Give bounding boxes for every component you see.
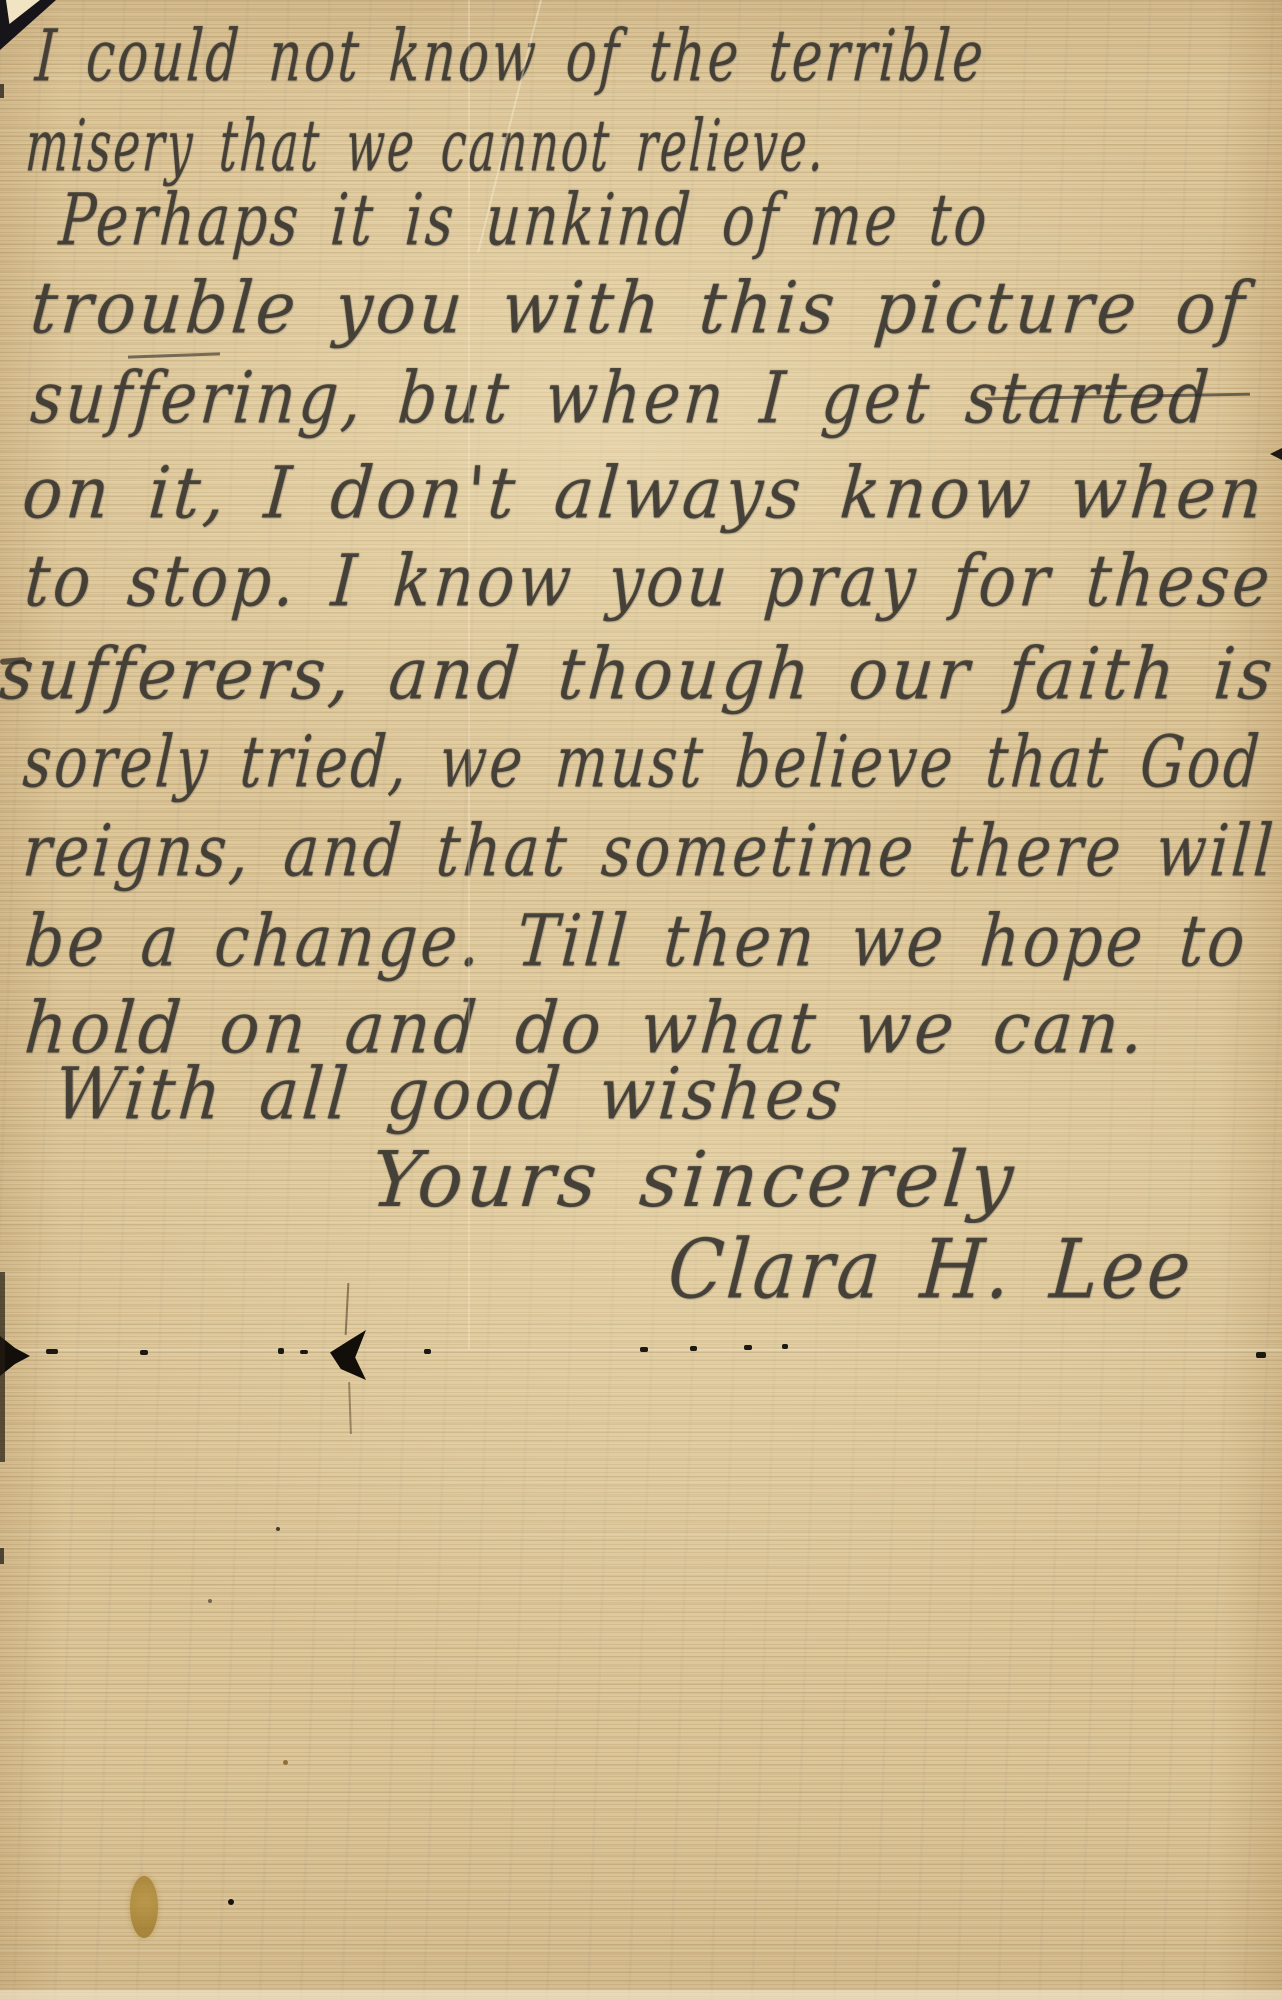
handwritten-line: I could not know of the terrible xyxy=(33,18,988,97)
scan-edge-artifact xyxy=(0,1990,1282,2000)
handwritten-line: to stop. I know you pray for these xyxy=(22,543,1276,622)
handwritten-line: misery that we cannot relieve. xyxy=(24,108,828,187)
handwritten-line: sorely tried, we must believe that God xyxy=(21,724,1265,803)
signature: Clara H. Lee xyxy=(665,1226,1197,1316)
edge-nick-artifact xyxy=(0,84,4,98)
scan-edge-artifact xyxy=(0,1272,5,1462)
crease-nick-artifact xyxy=(782,1344,788,1349)
vertical-fold-crease xyxy=(468,0,470,1350)
crease-nick-artifact xyxy=(140,1350,148,1355)
crease-nick-artifact xyxy=(1256,1352,1266,1358)
closing-line: With all good wishes xyxy=(52,1056,848,1135)
handwritten-line: sufferers, and though our faith is xyxy=(0,636,1279,715)
speck-artifact xyxy=(276,1527,280,1531)
crease-nick-artifact xyxy=(300,1350,308,1354)
crease-nick-artifact xyxy=(46,1349,58,1354)
handwritten-line: on it, I don't always know when xyxy=(20,455,1269,534)
crease-nick-artifact xyxy=(278,1348,284,1354)
crease-nick-artifact xyxy=(690,1346,697,1351)
speck-artifact xyxy=(228,1899,234,1905)
handwritten-line: be a change. Till then we hope to xyxy=(22,903,1251,982)
handwritten-line: Perhaps it is unkind of me to xyxy=(57,182,992,261)
crease-nick-artifact xyxy=(744,1345,752,1350)
ink-stain-artifact xyxy=(130,1876,158,1938)
crease-nick-artifact xyxy=(424,1349,431,1354)
handwritten-line: reigns, and that sometime there will xyxy=(20,813,1278,892)
speck-artifact xyxy=(283,1760,288,1765)
handwritten-line: trouble you with this picture of xyxy=(28,270,1251,349)
crease-nick-artifact xyxy=(640,1347,648,1352)
letter-scan-page: I could not know of the terrible misery … xyxy=(0,0,1282,2000)
edge-nick-artifact xyxy=(0,1548,4,1564)
closing-line: Yours sincerely xyxy=(368,1138,1020,1222)
speck-artifact xyxy=(208,1599,212,1603)
